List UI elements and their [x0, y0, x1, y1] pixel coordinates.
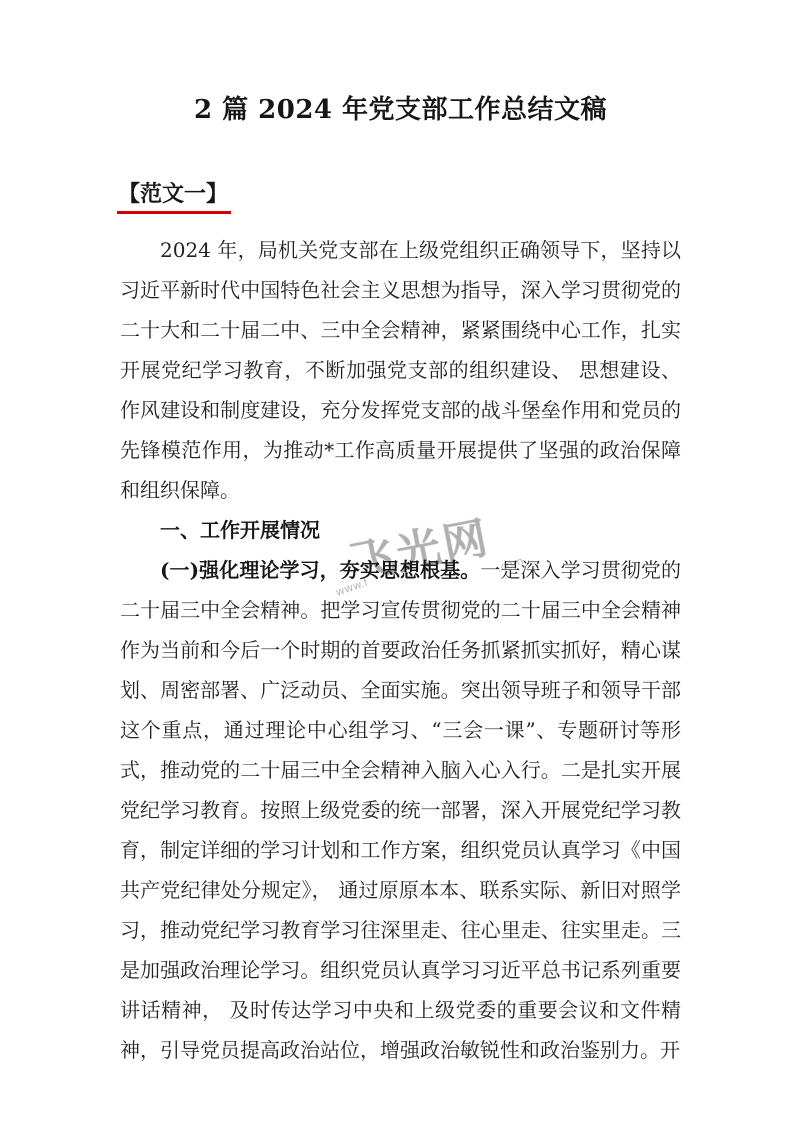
document-content: 2 篇 2024 年党支部工作总结文稿 【范文一】 2024 年，局机关党支部在… [120, 0, 681, 1070]
section-label: 【范文一】 [117, 177, 231, 214]
section-heading: 一、工作开展情况 [120, 510, 681, 550]
intro-paragraph: 2024 年，局机关党支部在上级党组织正确领导下，坚持以习近平新时代中国特色社会… [120, 230, 681, 510]
sub-heading-bold: (一)强化理论学习，夯实思想根基。 [160, 558, 480, 582]
body-paragraph-text: 一是深入学习贯彻党的二十届三中全会精神。把学习宣传贯彻党的二十届三中全会精神作为… [120, 558, 681, 1062]
body-paragraph: (一)强化理论学习，夯实思想根基。一是深入学习贯彻党的二十届三中全会精神。把学习… [120, 550, 681, 1070]
section-label-row: 【范文一】 [120, 177, 681, 213]
document-title: 2 篇 2024 年党支部工作总结文稿 [120, 92, 681, 128]
document-page: www.f 飞光网 .com 2 篇 2024 年党支部工作总结文稿 【范文一】… [0, 0, 793, 1122]
